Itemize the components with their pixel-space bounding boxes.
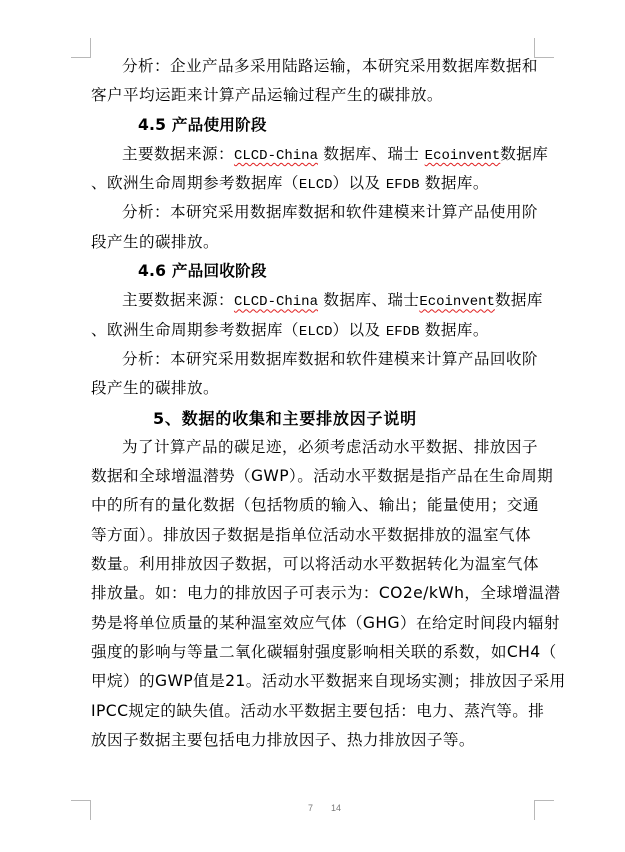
text-run: 数据库、瑞士 bbox=[323, 145, 419, 163]
paragraph-line: 放因子数据主要包括电力排放因子、热力排放因子等。 bbox=[91, 726, 523, 755]
text-run: 主要数据来源： bbox=[122, 291, 234, 309]
paragraph-line: 强度的影响与等量二氧化碳辐射强度影响相关联的系数，如CH4（ bbox=[91, 638, 523, 667]
text-run: EFDB bbox=[386, 324, 420, 340]
text-run: 、欧洲生命周期参考数据库（ bbox=[91, 321, 299, 339]
text-run: 数据库。 bbox=[425, 321, 489, 339]
crop-mark-bottom-right bbox=[534, 800, 554, 820]
paragraph-line: 段产生的碳排放。 bbox=[91, 228, 523, 257]
paragraph-line: 排放量。如：电力的排放因子可表示为：CO2e/kWh，全球增温潜 bbox=[91, 579, 523, 608]
text-run: ）以及 bbox=[333, 321, 381, 339]
paragraph-line: 为了计算产品的碳足迹，必须考虑活动水平数据、排放因子 bbox=[91, 433, 523, 462]
spellcheck-flagged-word[interactable]: CLCD-China bbox=[234, 148, 318, 164]
crop-mark-top-left bbox=[71, 38, 91, 58]
page-number-current: 7 bbox=[308, 803, 313, 813]
text-run: 数据库 bbox=[500, 145, 548, 163]
text-run: ELCD bbox=[299, 177, 333, 193]
heading-4-6: 4.6 产品回收阶段 bbox=[91, 257, 523, 286]
paragraph-line: 主要数据来源：CLCD-China 数据库、瑞士 Ecoinvent数据库 bbox=[91, 140, 523, 169]
crop-mark-bottom-left bbox=[71, 800, 91, 820]
paragraph-line: 分析：本研究采用数据库数据和软件建模来计算产品回收阶 bbox=[91, 345, 523, 374]
paragraph-line: 数量。利用排放因子数据，可以将活动水平数据转化为温室气体 bbox=[91, 550, 523, 579]
paragraph-line: 段产生的碳排放。 bbox=[91, 374, 523, 403]
text-run: 、欧洲生命周期参考数据库（ bbox=[91, 174, 299, 192]
text-run: 主要数据来源： bbox=[122, 145, 234, 163]
page-number-total: 14 bbox=[331, 803, 341, 813]
text-run: ）以及 bbox=[333, 174, 381, 192]
text-run: ELCD bbox=[299, 324, 333, 340]
paragraph-line: 主要数据来源：CLCD-China 数据库、瑞士Ecoinvent数据库 bbox=[91, 286, 523, 315]
text-run: 数据库。 bbox=[425, 174, 489, 192]
paragraph-line: 势是将单位质量的某种温室效应气体（GHG）在给定时间段内辐射 bbox=[91, 609, 523, 638]
paragraph-line: IPCC规定的缺失值。活动水平数据主要包括：电力、蒸汽等。排 bbox=[91, 697, 523, 726]
paragraph-line: 等方面）。排放因子数据是指单位活动水平数据排放的温室气体 bbox=[91, 521, 523, 550]
paragraph-line: 客户平均运距来计算产品运输过程产生的碳排放。 bbox=[91, 81, 523, 110]
spellcheck-flagged-word[interactable]: Ecoinvent bbox=[425, 148, 501, 164]
paragraph-line: 中的所有的量化数据（包括物质的输入、输出；能量使用；交通 bbox=[91, 491, 523, 520]
paragraph-line: 、欧洲生命周期参考数据库（ELCD）以及 EFDB 数据库。 bbox=[91, 169, 523, 198]
paragraph-line: 数据和全球增温潜势（GWP）。活动水平数据是指产品在生命周期 bbox=[91, 462, 523, 491]
heading-4-5: 4.5 产品使用阶段 bbox=[91, 111, 523, 140]
paragraph-line: 分析：企业产品多采用陆路运输，本研究采用数据库数据和 bbox=[91, 52, 523, 81]
paragraph-line: 、欧洲生命周期参考数据库（ELCD）以及 EFDB 数据库。 bbox=[91, 316, 523, 345]
paragraph-line: 分析：本研究采用数据库数据和软件建模来计算产品使用阶 bbox=[91, 198, 523, 227]
text-run: 数据库、瑞士 bbox=[323, 291, 419, 309]
spellcheck-flagged-word[interactable]: CLCD-China bbox=[234, 294, 318, 310]
document-page-body[interactable]: 分析：企业产品多采用陆路运输，本研究采用数据库数据和 客户平均运距来计算产品运输… bbox=[91, 52, 523, 755]
text-run: EFDB bbox=[386, 177, 420, 193]
text-run: 数据库 bbox=[495, 291, 543, 309]
spellcheck-flagged-word[interactable]: Ecoinvent bbox=[419, 294, 495, 310]
paragraph-line: 甲烷）的GWP值是21。活动水平数据来自现场实测；排放因子采用 bbox=[91, 667, 523, 696]
heading-section-5: 5、数据的收集和主要排放因子说明 bbox=[91, 404, 523, 433]
